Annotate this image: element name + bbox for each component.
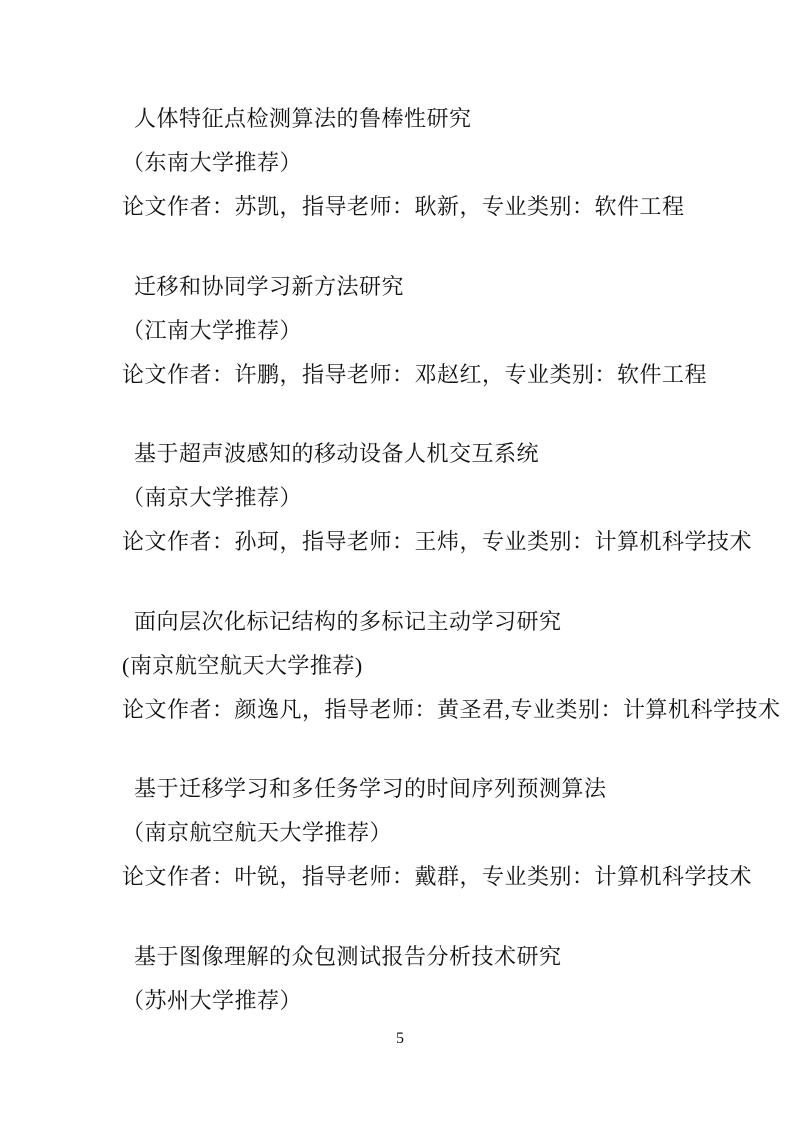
thesis-title: 基于迁移学习和多任务学习的时间序列预测算法 (122, 767, 740, 811)
recommending-university: （苏州大学推荐） (122, 979, 740, 1023)
author-info: 论文作者：颜逸凡，指导老师：黄圣君,专业类别：计算机科学技术 (122, 688, 740, 732)
thesis-list: 人体特征点检测算法的鲁棒性研究 （东南大学推荐） 论文作者：苏凯，指导老师：耿新… (122, 97, 740, 1058)
thesis-entry: 面向层次化标记结构的多标记主动学习研究 (南京航空航天大学推荐) 论文作者：颜逸… (122, 600, 740, 732)
author-info: 论文作者：孙珂，指导老师：王炜，专业类别：计算机科学技术 (122, 520, 740, 564)
recommending-university: （江南大学推荐） (122, 309, 740, 353)
document-page: 人体特征点检测算法的鲁棒性研究 （东南大学推荐） 论文作者：苏凯，指导老师：耿新… (0, 0, 800, 1131)
thesis-title: 基于图像理解的众包测试报告分析技术研究 (122, 935, 740, 979)
thesis-entry: 基于超声波感知的移动设备人机交互系统 （南京大学推荐） 论文作者：孙珂，指导老师… (122, 432, 740, 564)
thesis-title: 基于超声波感知的移动设备人机交互系统 (122, 432, 740, 476)
recommending-university: （南京航空航天大学推荐） (122, 811, 740, 855)
thesis-title: 面向层次化标记结构的多标记主动学习研究 (122, 600, 740, 644)
thesis-entry: 迁移和协同学习新方法研究 （江南大学推荐） 论文作者：许鹏，指导老师：邓赵红，专… (122, 265, 740, 397)
page-number: 5 (0, 1028, 800, 1050)
author-info: 论文作者：苏凯，指导老师：耿新，专业类别：软件工程 (122, 185, 740, 229)
recommending-university: （东南大学推荐） (122, 141, 740, 185)
thesis-entry: 基于图像理解的众包测试报告分析技术研究 （苏州大学推荐） (122, 935, 740, 1023)
author-info: 论文作者：许鹏，指导老师：邓赵红，专业类别：软件工程 (122, 353, 740, 397)
author-info: 论文作者：叶锐，指导老师：戴群，专业类别：计算机科学技术 (122, 855, 740, 899)
recommending-university: (南京航空航天大学推荐) (122, 644, 740, 688)
recommending-university: （南京大学推荐） (122, 476, 740, 520)
thesis-title: 人体特征点检测算法的鲁棒性研究 (122, 97, 740, 141)
thesis-entry: 人体特征点检测算法的鲁棒性研究 （东南大学推荐） 论文作者：苏凯，指导老师：耿新… (122, 97, 740, 229)
thesis-title: 迁移和协同学习新方法研究 (122, 265, 740, 309)
thesis-entry: 基于迁移学习和多任务学习的时间序列预测算法 （南京航空航天大学推荐） 论文作者：… (122, 767, 740, 899)
